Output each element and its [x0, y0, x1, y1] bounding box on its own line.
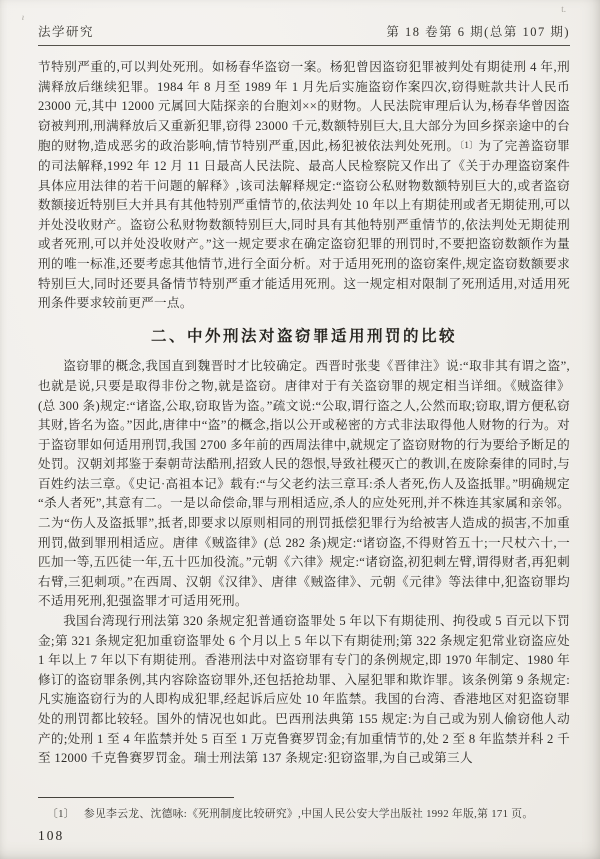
- footnote-reference-marker: 〔1〕: [460, 140, 479, 150]
- footnote-marker: 〔1〕: [47, 807, 75, 821]
- footnote: 〔1〕 参见李云龙、沈德咏:《死刑制度比较研究》,中国人民公安大学出版社 199…: [38, 807, 570, 821]
- scan-artifact: ι: [21, 12, 25, 22]
- paragraph-theft-death-penalty: 节特别严重的,可以判处死刑。如杨春华盗窃一案。杨犯曾因盗窃犯罪被判处有期徒刑 4…: [38, 58, 570, 314]
- journal-page: ι t. 法学研究 第 18 卷第 6 期(总第 107 期) 节特别严重的,可…: [0, 0, 600, 859]
- footnote-text: 参见李云龙、沈德咏:《死刑制度比较研究》,中国人民公安大学出版社 1992 年版…: [84, 807, 534, 821]
- journal-name: 法学研究: [38, 22, 94, 40]
- page-footer: 〔1〕 参见李云龙、沈德咏:《死刑制度比较研究》,中国人民公安大学出版社 199…: [38, 797, 570, 844]
- paragraph-theft-concept-history: 盗窃罪的概念,我国直到魏晋时才比较确定。西晋时张斐《晋律注》说:“取非其有谓之盗…: [38, 357, 570, 612]
- paragraph-text: 为了完善盗窃罪的司法解释,1992 年 12 月 11 日最高人民法院、最高人民…: [38, 139, 570, 310]
- section-heading: 二、中外刑法对盗窃罪适用刑罚的比较: [38, 327, 570, 347]
- paragraph-foreign-law-comparison: 我国台湾现行刑法第 320 条规定犯普通窃盗罪处 5 年以下有期徒刑、拘役或 5…: [38, 612, 570, 769]
- issue-info: 第 18 卷第 6 期(总第 107 期): [386, 22, 570, 40]
- header-rule: [38, 45, 570, 46]
- footnote-rule: [38, 797, 234, 798]
- article-body: 节特别严重的,可以判处死刑。如杨春华盗窃一案。杨犯曾因盗窃犯罪被判处有期徒刑 4…: [38, 58, 570, 769]
- scan-artifact: t.: [561, 4, 566, 14]
- page-number: 108: [38, 828, 570, 844]
- page-header: 法学研究 第 18 卷第 6 期(总第 107 期): [38, 22, 570, 40]
